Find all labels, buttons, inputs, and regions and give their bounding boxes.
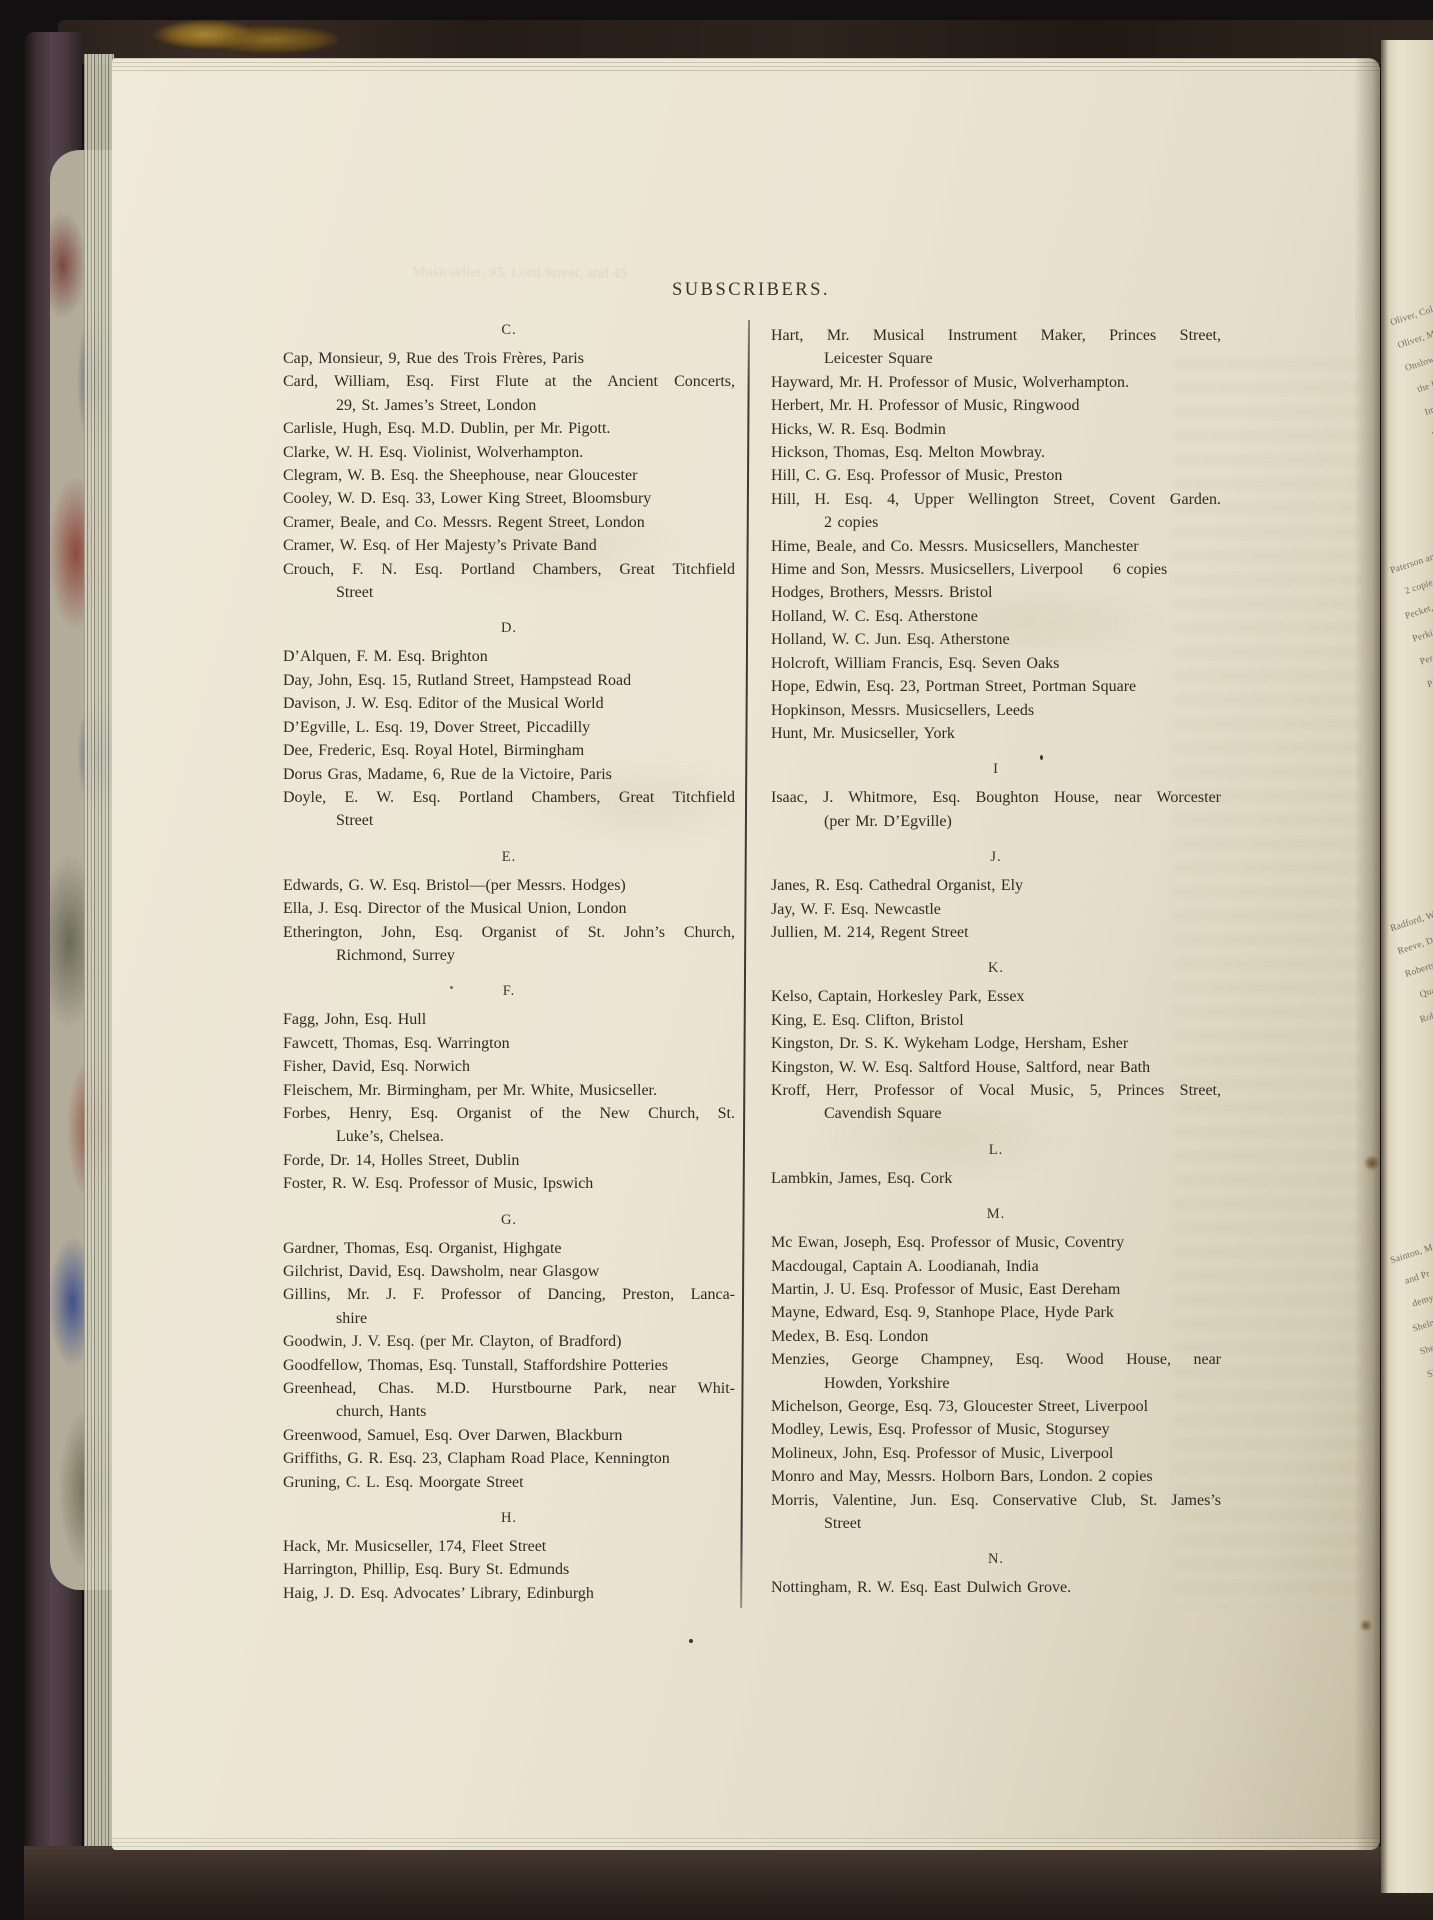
subscriber-line: Leicester Square (824, 347, 1221, 370)
subscriber-line: Gillins, Mr. J. F. Professor of Dancing,… (283, 1283, 735, 1306)
subscriber-line: Molineux, John, Esq. Professor of Music,… (771, 1442, 1221, 1465)
section-letter: H. (283, 1508, 735, 1529)
subscriber-entry: Kroff, Herr, Professor of Vocal Music, 5… (771, 1079, 1221, 1126)
subscribers-column-right: Hart, Mr. Musical Instrument Maker, Prin… (771, 324, 1221, 1600)
page-gutter-shadow (1354, 58, 1380, 1850)
subscriber-entry: Lambkin, James, Esq. Cork (771, 1167, 1221, 1190)
subscriber-line: Jullien, M. 214, Regent Street (771, 921, 1221, 944)
subscriber-line: Hill, H. Esq. 4, Upper Wellington Street… (771, 488, 1221, 511)
subscriber-entry: Crouch, F. N. Esq. Portland Chambers, Gr… (283, 558, 735, 605)
subscriber-entry: Menzies, George Champney, Esq. Wood Hous… (771, 1348, 1221, 1395)
subscriber-line: Martin, J. U. Esq. Professor of Music, E… (771, 1278, 1221, 1301)
subscriber-entry: Goodwin, J. V. Esq. (per Mr. Clayton, of… (283, 1330, 735, 1353)
subscriber-line: Street (336, 581, 735, 604)
subscriber-entry: Morris, Valentine, Jun. Esq. Conservativ… (771, 1489, 1221, 1536)
subscriber-entry: Holland, W. C. Esq. Atherstone (771, 605, 1221, 628)
subscriber-line: Richmond, Surrey (336, 944, 735, 967)
section-letter: J. (771, 847, 1221, 868)
subscriber-entry: Isaac, J. Whitmore, Esq. Boughton House,… (771, 786, 1221, 833)
subscriber-entry: Gruning, C. L. Esq. Moorgate Street (283, 1471, 735, 1494)
subscriber-line: Isaac, J. Whitmore, Esq. Boughton House,… (771, 786, 1221, 809)
subscriber-entry: Cap, Monsieur, 9, Rue des Trois Frères, … (283, 347, 735, 370)
ink-speck (450, 986, 453, 989)
subscriber-line: Cramer, W. Esq. of Her Majesty’s Private… (283, 534, 735, 557)
subscriber-line: Goodwin, J. V. Esq. (per Mr. Clayton, of… (283, 1330, 735, 1353)
subscriber-line: Clegram, W. B. Esq. the Sheephouse, near… (283, 464, 735, 487)
subscriber-line: Dee, Frederic, Esq. Royal Hotel, Birming… (283, 739, 735, 762)
subscriber-entry: Harrington, Phillip, Esq. Bury St. Edmun… (283, 1558, 735, 1581)
subscriber-line: D’Egville, L. Esq. 19, Dover Street, Pic… (283, 716, 735, 739)
section-letter: G. (283, 1210, 735, 1231)
subscriber-line: Davison, J. W. Esq. Editor of the Musica… (283, 692, 735, 715)
page-edges-stack (84, 54, 114, 1854)
subscriber-line: Hayward, Mr. H. Professor of Music, Wolv… (771, 371, 1221, 394)
subscriber-entry: Cooley, W. D. Esq. 33, Lower King Street… (283, 487, 735, 510)
subscriber-line: D’Alquen, F. M. Esq. Brighton (283, 645, 735, 668)
subscriber-entry: Nottingham, R. W. Esq. East Dulwich Grov… (771, 1576, 1221, 1599)
subscriber-line: Fagg, John, Esq. Hull (283, 1008, 735, 1031)
subscriber-entry: Kingston, Dr. S. K. Wykeham Lodge, Hersh… (771, 1032, 1221, 1055)
ink-speck (689, 1639, 693, 1643)
subscriber-entry: Monro and May, Messrs. Holborn Bars, Lon… (771, 1465, 1221, 1488)
subscriber-entry: Medex, B. Esq. London (771, 1325, 1221, 1348)
subscriber-entry: Molineux, John, Esq. Professor of Music,… (771, 1442, 1221, 1465)
section-letter: I (771, 759, 1221, 780)
page-top-edge-stack (112, 58, 1380, 72)
subscriber-line: Kroff, Herr, Professor of Vocal Music, 5… (771, 1079, 1221, 1102)
subscriber-entry: Jullien, M. 214, Regent Street (771, 921, 1221, 944)
subscriber-entry: Modley, Lewis, Esq. Professor of Music, … (771, 1418, 1221, 1441)
subscriber-entry: Etherington, John, Esq. Organist of St. … (283, 921, 735, 968)
subscriber-entry: Hunt, Mr. Musicseller, York (771, 722, 1221, 745)
subscriber-entry: Edwards, G. W. Esq. Bristol—(per Messrs.… (283, 874, 735, 897)
subscriber-line: Howden, Yorkshire (824, 1372, 1221, 1395)
subscriber-line: 2 copies (824, 511, 1221, 534)
subscriber-line: Hime and Son, Messrs. Musicsellers, Live… (771, 558, 1221, 581)
subscriber-entry: Hart, Mr. Musical Instrument Maker, Prin… (771, 324, 1221, 371)
subscriber-line: Crouch, F. N. Esq. Portland Chambers, Gr… (283, 558, 735, 581)
subscriber-entry: Hime, Beale, and Co. Messrs. Musicseller… (771, 535, 1221, 558)
subscriber-line: Goodfellow, Thomas, Esq. Tunstall, Staff… (283, 1354, 735, 1377)
section-letter: L. (771, 1140, 1221, 1161)
subscriber-line: Haig, J. D. Esq. Advocates’ Library, Edi… (283, 1582, 735, 1605)
subscriber-entry: Fisher, David, Esq. Norwich (283, 1055, 735, 1078)
subscriber-line: Ella, J. Esq. Director of the Musical Un… (283, 897, 735, 920)
subscriber-entry: Martin, J. U. Esq. Professor of Music, E… (771, 1278, 1221, 1301)
subscriber-entry: Haig, J. D. Esq. Advocates’ Library, Edi… (283, 1582, 735, 1605)
subscriber-entry: Kingston, W. W. Esq. Saltford House, Sal… (771, 1056, 1221, 1079)
subscriber-entry: Hill, C. G. Esq. Professor of Music, Pre… (771, 464, 1221, 487)
subscriber-line: Nottingham, R. W. Esq. East Dulwich Grov… (771, 1576, 1221, 1599)
subscriber-line: Cavendish Square (824, 1102, 1221, 1125)
subscriber-line: Griffiths, G. R. Esq. 23, Clapham Road P… (283, 1447, 735, 1470)
subscriber-line: Modley, Lewis, Esq. Professor of Music, … (771, 1418, 1221, 1441)
subscriber-entry: Holland, W. C. Jun. Esq. Atherstone (771, 628, 1221, 651)
subscriber-entry: Kelso, Captain, Horkesley Park, Essex (771, 985, 1221, 1008)
subscriber-line: Janes, R. Esq. Cathedral Organist, Ely (771, 874, 1221, 897)
book-page: Musicseller, 95, Lord Street, and 45 SUB… (112, 58, 1380, 1850)
subscriber-line: Mc Ewan, Joseph, Esq. Professor of Music… (771, 1231, 1221, 1254)
subscriber-entry: Foster, R. W. Esq. Professor of Music, I… (283, 1172, 735, 1195)
subscriber-line: Hicks, W. R. Esq. Bodmin (771, 418, 1221, 441)
subscriber-line: Monro and May, Messrs. Holborn Bars, Lon… (771, 1465, 1221, 1488)
subscriber-line: Fleischem, Mr. Birmingham, per Mr. White… (283, 1079, 735, 1102)
subscriber-line: Hodges, Brothers, Messrs. Bristol (771, 581, 1221, 604)
subscriber-line: Hopkinson, Messrs. Musicsellers, Leeds (771, 699, 1221, 722)
subscriber-entry: Hack, Mr. Musicseller, 174, Fleet Street (283, 1535, 735, 1558)
subscriber-line: Hime, Beale, and Co. Messrs. Musicseller… (771, 535, 1221, 558)
section-letter: F. (283, 981, 735, 1002)
subscriber-entry: Fawcett, Thomas, Esq. Warrington (283, 1032, 735, 1055)
bleedthrough-text: Musicseller, 95, Lord Street, and 45 (412, 264, 627, 283)
subscriber-line: Kingston, W. W. Esq. Saltford House, Sal… (771, 1056, 1221, 1079)
subscriber-line: Cooley, W. D. Esq. 33, Lower King Street… (283, 487, 735, 510)
subscriber-line: Doyle, E. W. Esq. Portland Chambers, Gre… (283, 786, 735, 809)
subscriber-line: Michelson, George, Esq. 73, Gloucester S… (771, 1395, 1221, 1418)
subscriber-line: Edwards, G. W. Esq. Bristol—(per Messrs.… (283, 874, 735, 897)
section-letter: M. (771, 1204, 1221, 1225)
subscriber-entry: Hayward, Mr. H. Professor of Music, Wolv… (771, 371, 1221, 394)
subscriber-entry: Herbert, Mr. H. Professor of Music, Ring… (771, 394, 1221, 417)
subscriber-line: Street (336, 809, 735, 832)
subscriber-line: Holland, W. C. Jun. Esq. Atherstone (771, 628, 1221, 651)
next-page-text-fragments: Paterson and Roy, 2 copiesPecket, A. J. … (1387, 523, 1433, 857)
book-cover-bottom-edge (24, 1846, 1433, 1920)
subscriber-entry: Mayne, Edward, Esq. 9, Stanhope Place, H… (771, 1301, 1221, 1324)
subscriber-entry: Michelson, George, Esq. 73, Gloucester S… (771, 1395, 1221, 1418)
subscriber-line: shire (336, 1307, 735, 1330)
subscribers-column-left: C.Cap, Monsieur, 9, Rue des Trois Frères… (283, 320, 735, 1605)
section-letter: E. (283, 847, 735, 868)
subscriber-line: Greenwood, Samuel, Esq. Over Darwen, Bla… (283, 1424, 735, 1447)
subscriber-entry: D’Alquen, F. M. Esq. Brighton (283, 645, 735, 668)
subscriber-entry: Hopkinson, Messrs. Musicsellers, Leeds (771, 699, 1221, 722)
subscriber-line: King, E. Esq. Clifton, Bristol (771, 1009, 1221, 1032)
subscriber-line: Herbert, Mr. H. Professor of Music, Ring… (771, 394, 1221, 417)
subscriber-entry: Carlisle, Hugh, Esq. M.D. Dublin, per Mr… (283, 417, 735, 440)
subscriber-line: Kelso, Captain, Horkesley Park, Essex (771, 985, 1221, 1008)
subscriber-line: Hack, Mr. Musicseller, 174, Fleet Street (283, 1535, 735, 1558)
subscriber-entry: Cramer, W. Esq. of Her Majesty’s Private… (283, 534, 735, 557)
subscriber-entry: Forbes, Henry, Esq. Organist of the New … (283, 1102, 735, 1149)
subscriber-line: Forde, Dr. 14, Holles Street, Dublin (283, 1149, 735, 1172)
subscriber-line: Etherington, John, Esq. Organist of St. … (283, 921, 735, 944)
subscriber-entry: Doyle, E. W. Esq. Portland Chambers, Gre… (283, 786, 735, 833)
subscriber-entry: Gillins, Mr. J. F. Professor of Dancing,… (283, 1283, 735, 1330)
page-title: SUBSCRIBERS. (672, 280, 830, 301)
subscriber-line: Greenhead, Chas. M.D. Hurstbourne Park, … (283, 1377, 735, 1400)
subscriber-entry: Clegram, W. B. Esq. the Sheephouse, near… (283, 464, 735, 487)
subscriber-entry: Macdougal, Captain A. Loodianah, India (771, 1255, 1221, 1278)
subscriber-entry: Hime and Son, Messrs. Musicsellers, Live… (771, 558, 1221, 581)
subscriber-line: Cap, Monsieur, 9, Rue des Trois Frères, … (283, 347, 735, 370)
subscriber-line: Kingston, Dr. S. K. Wykeham Lodge, Hersh… (771, 1032, 1221, 1055)
subscriber-entry: Gilchrist, David, Esq. Dawsholm, near Gl… (283, 1260, 735, 1283)
next-page-text-fragments: Radford, W. U.Reeve, D. Esq. ERobertson,… (1387, 881, 1433, 1192)
ink-speck (1040, 755, 1043, 760)
next-page-text-fragments: Sainton, M. and Pr demy oShelmerline, WS… (1387, 1213, 1433, 1433)
subscriber-line: Menzies, George Champney, Esq. Wood Hous… (771, 1348, 1221, 1371)
subscriber-line: Lambkin, James, Esq. Cork (771, 1167, 1221, 1190)
subscriber-line: Foster, R. W. Esq. Professor of Music, I… (283, 1172, 735, 1195)
subscriber-entry: Holcroft, William Francis, Esq. Seven Oa… (771, 652, 1221, 675)
subscriber-line: Holland, W. C. Esq. Atherstone (771, 605, 1221, 628)
subscriber-entry: Fagg, John, Esq. Hull (283, 1008, 735, 1031)
subscriber-entry: Davison, J. W. Esq. Editor of the Musica… (283, 692, 735, 715)
subscriber-line: Hill, C. G. Esq. Professor of Music, Pre… (771, 464, 1221, 487)
subscriber-line: Cramer, Beale, and Co. Messrs. Regent St… (283, 511, 735, 534)
subscriber-entry: Hicks, W. R. Esq. Bodmin (771, 418, 1221, 441)
subscriber-entry: Fleischem, Mr. Birmingham, per Mr. White… (283, 1079, 735, 1102)
subscriber-line: 29, St. James’s Street, London (336, 394, 735, 417)
page-bottom-edge-stack (112, 1838, 1380, 1850)
subscriber-entry: Gardner, Thomas, Esq. Organist, Highgate (283, 1237, 735, 1260)
subscriber-entry: Greenhead, Chas. M.D. Hurstbourne Park, … (283, 1377, 735, 1424)
subscriber-line: Fisher, David, Esq. Norwich (283, 1055, 735, 1078)
subscriber-entry: Day, John, Esq. 15, Rutland Street, Hamp… (283, 669, 735, 692)
subscriber-line: Hart, Mr. Musical Instrument Maker, Prin… (771, 324, 1221, 347)
subscriber-line: Gardner, Thomas, Esq. Organist, Highgate (283, 1237, 735, 1260)
subscriber-line: Street (824, 1512, 1221, 1535)
subscriber-entry: Ella, J. Esq. Director of the Musical Un… (283, 897, 735, 920)
subscriber-line: Day, John, Esq. 15, Rutland Street, Hamp… (283, 669, 735, 692)
next-page-text-fragments: Oliver, ColonelOliver, Mr. F. BandOnslow… (1387, 275, 1433, 495)
subscriber-line: Hunt, Mr. Musicseller, York (771, 722, 1221, 745)
subscriber-line: Fawcett, Thomas, Esq. Warrington (283, 1032, 735, 1055)
subscriber-line: Forbes, Henry, Esq. Organist of the New … (283, 1102, 735, 1125)
column-divider-rule (740, 320, 749, 1608)
subscriber-line: Macdougal, Captain A. Loodianah, India (771, 1255, 1221, 1278)
subscriber-line: Hope, Edwin, Esq. 23, Portman Street, Po… (771, 675, 1221, 698)
subscriber-entry: Hickson, Thomas, Esq. Melton Mowbray. (771, 441, 1221, 464)
next-page-edge: Oliver, ColonelOliver, Mr. F. BandOnslow… (1381, 40, 1433, 1893)
subscriber-line: Jay, W. F. Esq. Newcastle (771, 898, 1221, 921)
subscriber-line: church, Hants (336, 1400, 735, 1423)
book-scan: Musicseller, 95, Lord Street, and 45 SUB… (0, 0, 1433, 1920)
subscriber-entry: Dee, Frederic, Esq. Royal Hotel, Birming… (283, 739, 735, 762)
subscriber-entry: Forde, Dr. 14, Holles Street, Dublin (283, 1149, 735, 1172)
section-letter: N. (771, 1549, 1221, 1570)
section-letter: D. (283, 618, 735, 639)
subscriber-line: Gruning, C. L. Esq. Moorgate Street (283, 1471, 735, 1494)
subscriber-line: Card, William, Esq. First Flute at the A… (283, 370, 735, 393)
subscriber-entry: Janes, R. Esq. Cathedral Organist, Ely (771, 874, 1221, 897)
subscriber-line: Luke’s, Chelsea. (336, 1125, 735, 1148)
subscriber-entry: Jay, W. F. Esq. Newcastle (771, 898, 1221, 921)
section-letter: C. (283, 320, 735, 341)
subscriber-entry: King, E. Esq. Clifton, Bristol (771, 1009, 1221, 1032)
subscriber-line: Gilchrist, David, Esq. Dawsholm, near Gl… (283, 1260, 735, 1283)
subscriber-line: (per Mr. D’Egville) (824, 810, 1221, 833)
subscriber-entry: Cramer, Beale, and Co. Messrs. Regent St… (283, 511, 735, 534)
subscriber-entry: Hodges, Brothers, Messrs. Bristol (771, 581, 1221, 604)
subscriber-entry: Griffiths, G. R. Esq. 23, Clapham Road P… (283, 1447, 735, 1470)
subscriber-entry: Goodfellow, Thomas, Esq. Tunstall, Staff… (283, 1354, 735, 1377)
subscriber-line: Mayne, Edward, Esq. 9, Stanhope Place, H… (771, 1301, 1221, 1324)
subscriber-line: Carlisle, Hugh, Esq. M.D. Dublin, per Mr… (283, 417, 735, 440)
section-letter: K. (771, 958, 1221, 979)
subscriber-line: Harrington, Phillip, Esq. Bury St. Edmun… (283, 1558, 735, 1581)
subscriber-line: Morris, Valentine, Jun. Esq. Conservativ… (771, 1489, 1221, 1512)
subscriber-line: Holcroft, William Francis, Esq. Seven Oa… (771, 652, 1221, 675)
subscriber-entry: Greenwood, Samuel, Esq. Over Darwen, Bla… (283, 1424, 735, 1447)
subscriber-entry: Card, William, Esq. First Flute at the A… (283, 370, 735, 417)
subscriber-entry: Dorus Gras, Madame, 6, Rue de la Victoir… (283, 763, 735, 786)
subscriber-line: Clarke, W. H. Esq. Violinist, Wolverhamp… (283, 441, 735, 464)
subscriber-line: Medex, B. Esq. London (771, 1325, 1221, 1348)
subscriber-entry: Hill, H. Esq. 4, Upper Wellington Street… (771, 488, 1221, 535)
cover-corner-gold-wear (148, 12, 338, 62)
subscriber-line: Hickson, Thomas, Esq. Melton Mowbray. (771, 441, 1221, 464)
subscriber-line: Dorus Gras, Madame, 6, Rue de la Victoir… (283, 763, 735, 786)
subscriber-entry: D’Egville, L. Esq. 19, Dover Street, Pic… (283, 716, 735, 739)
subscriber-entry: Mc Ewan, Joseph, Esq. Professor of Music… (771, 1231, 1221, 1254)
subscriber-entry: Clarke, W. H. Esq. Violinist, Wolverhamp… (283, 441, 735, 464)
subscriber-entry: Hope, Edwin, Esq. 23, Portman Street, Po… (771, 675, 1221, 698)
